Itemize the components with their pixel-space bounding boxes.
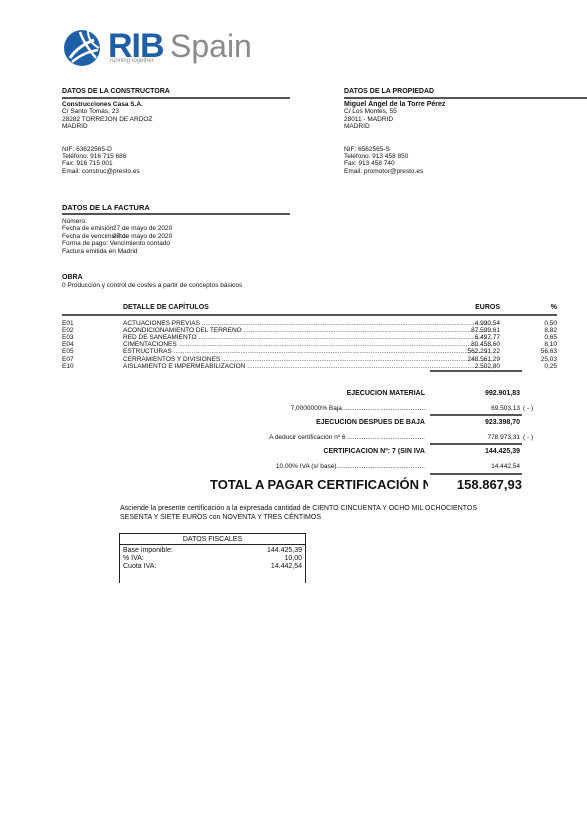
table-row: E10AISLAMIENTO E IMPERMEABILIZACIÓN ....… <box>62 363 557 370</box>
obra-title: OBRA <box>62 274 362 282</box>
chapter-pct: 0,65 <box>517 334 557 341</box>
propiedad-title: DATOS DE LA PROPIEDAD <box>344 88 587 96</box>
chapter-code: E03 <box>62 334 74 341</box>
importe-letra: Asciende la presente certificación a la … <box>120 505 540 522</box>
fiscal-row: Base imponible:144.425,39 <box>120 547 305 555</box>
table-row: E01ACTUACIONES PREVIAS .................… <box>62 320 557 327</box>
company-logo: RIB Spain running together <box>62 28 262 68</box>
baja-value: 69.503,13 <box>440 405 520 413</box>
chapter-pct: 0,50 <box>517 320 557 327</box>
fiscal-label: Base imponible: <box>123 547 173 554</box>
fiscal-value: 144.425,39 <box>267 547 302 555</box>
despues-baja-label: EJECUCIÓN DESPUÉS DE BAJA <box>230 419 425 427</box>
iva-label: 10,00% IVA (s/ base)....................… <box>250 463 425 471</box>
rib-globe-icon <box>62 28 102 68</box>
propiedad-nif: NIF: 6562565-S <box>344 146 587 153</box>
divider <box>430 443 522 445</box>
factura-emision-label: Fecha de emisión: <box>62 225 115 232</box>
certificacion-value: 144.425,39 <box>440 448 520 456</box>
table-row: E07CERRAMIENTOS Y DIVISIONES ...........… <box>62 356 557 363</box>
chapter-pct: 0,25 <box>517 363 557 370</box>
divider <box>430 370 522 372</box>
propiedad-phone: Teléfono: 913 458 850 <box>344 153 587 160</box>
chapter-euros: 562.291,22 <box>420 348 500 355</box>
column-pct: % <box>551 304 557 312</box>
baja-label: 7,0000000% Baja.........................… <box>250 405 425 413</box>
divider <box>62 97 290 99</box>
factura-emitida: Factura emitida en Madrid <box>62 248 290 255</box>
table-row: E03RED DE SANEAMIENTO ..................… <box>62 334 557 341</box>
constructora-phone: Teléfono: 916 715 686 <box>62 153 290 160</box>
constructora-email: Email: construc@presto.es <box>62 168 290 175</box>
factura-title: DATOS DE LA FACTURA <box>62 204 290 212</box>
divider <box>62 314 557 316</box>
chapter-code: E07 <box>62 356 74 363</box>
chapter-pct: 8,82 <box>517 327 557 334</box>
chapter-pct: 25,03 <box>517 356 557 363</box>
datos-fiscales-box: DATOS FISCALES Base imponible:144.425,39… <box>119 533 306 583</box>
propiedad-city: 28011 - MADRID <box>344 116 587 123</box>
fiscal-label: % IVA: <box>123 555 144 562</box>
chapter-euros: 87.599,61 <box>420 327 500 334</box>
propiedad-address: C/ Los Montes, 55 <box>344 108 587 115</box>
chapter-euros: 6.497,77 <box>420 334 500 341</box>
baja-sign: ( - ) <box>523 405 533 413</box>
divider <box>62 213 290 215</box>
constructora-name: Construcciones Casa S.A. <box>62 101 290 108</box>
datos-fiscales-title: DATOS FISCALES <box>120 534 305 545</box>
obra-description: 0 Producción y control de costes a parti… <box>62 282 362 289</box>
logo-region: Spain <box>170 26 252 66</box>
fiscal-row: Cuota IVA:14.442,54 <box>120 563 305 571</box>
chapter-euros: 248.561,29 <box>420 356 500 363</box>
chapter-code: E10 <box>62 363 74 370</box>
constructora-city: 28282 TORREJON DE ARDOZ <box>62 116 290 123</box>
propiedad-province: MADRID <box>344 123 587 130</box>
propiedad-email: Email: promotor@presto.es <box>344 168 587 175</box>
capitulos-header: DETALLE DE CAPÍTULOS EUROS % <box>62 304 557 316</box>
factura-vencimiento-date: 27 de mayo de 2020 <box>113 233 172 240</box>
iva-value: 14.442,54 <box>440 463 520 471</box>
factura-emision-date: 27 de mayo de 2020 <box>113 225 172 232</box>
fiscal-label: Cuota IVA: <box>123 563 156 570</box>
divider <box>344 97 587 99</box>
divider <box>430 473 522 475</box>
fiscal-row: % IVA:10,00 <box>120 555 305 563</box>
constructora-section: DATOS DE LA CONSTRUCTORA Construcciones … <box>62 88 290 175</box>
ejecucion-material-label: EJECUCIÓN MATERIAL <box>230 390 425 398</box>
fiscal-value: 14.442,54 <box>271 563 302 571</box>
constructora-fax: Fax: 916 715 001 <box>62 160 290 167</box>
chapter-code: E01 <box>62 320 74 327</box>
factura-numero: Número: <box>62 218 290 225</box>
deducir-value: 778.973,31 <box>440 434 520 442</box>
propiedad-section: DATOS DE LA PROPIEDAD Miguel Ángel de la… <box>344 88 587 175</box>
chapter-euros: 80.458,60 <box>420 341 500 348</box>
chapter-euros: 4.990,54 <box>420 320 500 327</box>
logo-tagline: running together <box>110 58 154 65</box>
chapter-code: E05 <box>62 348 74 355</box>
certificacion-label: CERTIFICACIÓN Nº: 7 (SIN IVA <box>230 448 425 456</box>
factura-forma-pago: Forma de pago: Vencimiento contado <box>62 240 290 247</box>
table-row: E04CIMENTACIONES .......................… <box>62 341 557 348</box>
importe-letra-line2: SESENTA Y SIETE EUROS con NOVENTA Y TRES… <box>120 514 540 523</box>
chapter-code: E02 <box>62 327 74 334</box>
fiscal-value: 10,00 <box>284 555 302 563</box>
total-value: 158.867,93 <box>420 477 522 493</box>
table-row: E05ESTRUCTURAS .........................… <box>62 348 557 355</box>
constructora-address: C/ Santo Tomás, 23 <box>62 108 290 115</box>
divider <box>430 414 522 416</box>
constructora-title: DATOS DE LA CONSTRUCTORA <box>62 88 290 96</box>
propiedad-fax: Fax: 913 458 740 <box>344 160 587 167</box>
constructora-nif: NIF: 63622565-D <box>62 146 290 153</box>
deducir-sign: ( - ) <box>523 434 533 442</box>
obra-section: OBRA 0 Producción y control de costes a … <box>62 274 362 289</box>
constructora-province: MADRID <box>62 123 290 130</box>
ejecucion-material-value: 992.901,83 <box>440 390 520 398</box>
chapter-pct: 56,63 <box>517 348 557 355</box>
despues-baja-value: 923.398,70 <box>440 419 520 427</box>
propiedad-name: Miguel Ángel de la Torre Pérez <box>344 101 587 108</box>
importe-letra-line1: Asciende la presente certificación a la … <box>120 505 540 514</box>
capitulos-title: DETALLE DE CAPÍTULOS <box>123 304 209 312</box>
chapter-pct: 8,10 <box>517 341 557 348</box>
deducir-label: A deducir certificación nº 6 ...........… <box>250 434 425 442</box>
chapter-euros: 2.502,80 <box>420 363 500 370</box>
factura-section: DATOS DE LA FACTURA Número: Fecha de emi… <box>62 204 290 255</box>
column-euros: EUROS <box>475 304 500 312</box>
table-row: E02ACONDICIONAMIENTO DEL TERRENO .......… <box>62 327 557 334</box>
chapter-code: E04 <box>62 341 74 348</box>
total-label: TOTAL A PAGAR CERTIFICACIÓN Nº 7 <box>210 477 428 493</box>
